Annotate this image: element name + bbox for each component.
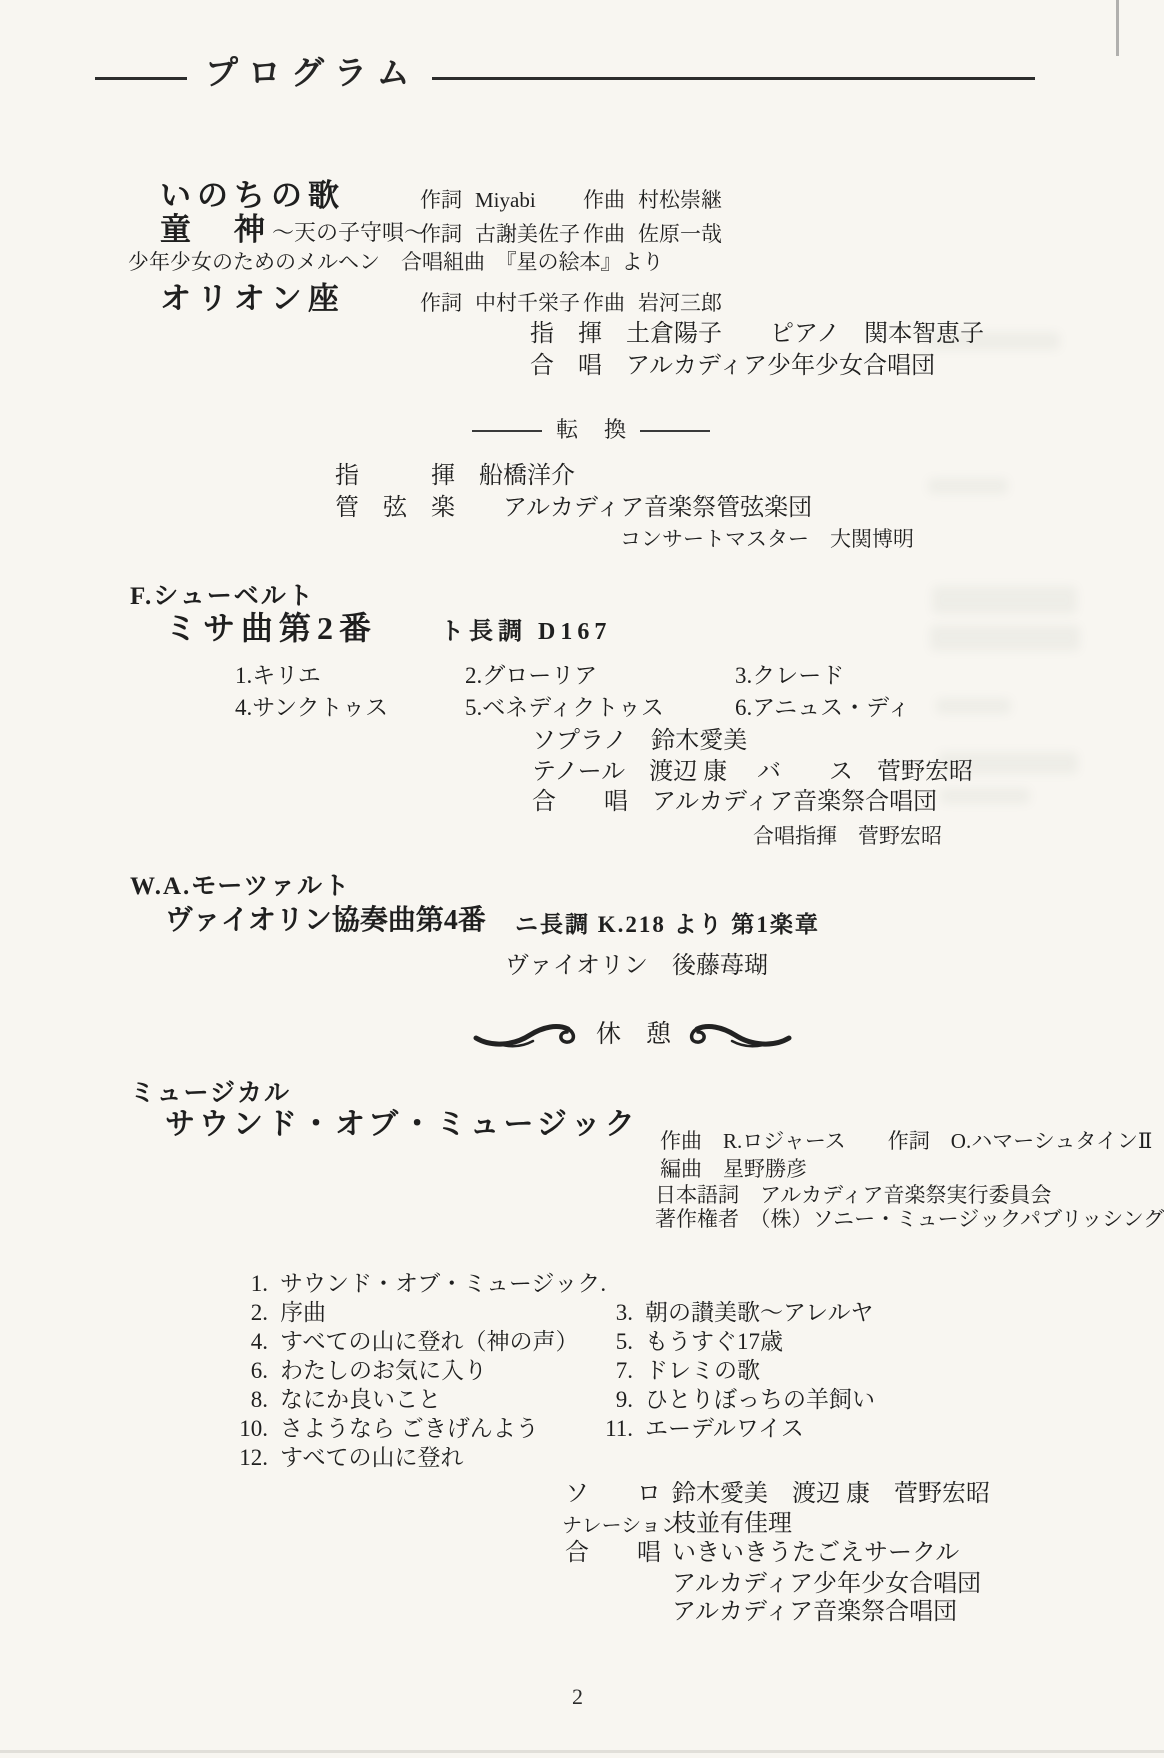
header-dash	[95, 77, 187, 80]
song3-lyricist: 中村千栄子	[475, 293, 580, 314]
schubert-chorus-master: 合唱指揮 菅野宏昭	[753, 826, 942, 847]
number-no: 1.	[222, 1272, 268, 1295]
number-title: もうすぐ17歳	[645, 1330, 783, 1353]
cast-narration: 枝並有佳理	[672, 1512, 792, 1536]
scan-edge-line	[1116, 0, 1119, 56]
number-title: すべての山に登れ（神の声）	[280, 1330, 579, 1353]
number-title: すべての山に登れ	[280, 1446, 464, 1469]
number-no: 8.	[222, 1388, 268, 1411]
suite-note: 少年少女のためのメルヘン 合唱組曲 『星の絵本』より	[128, 252, 664, 273]
movement-5: 5.ベネディクトゥス	[465, 696, 664, 719]
song3-composer-label: 作曲	[583, 293, 625, 314]
musical-genre: ミュージカル	[130, 1081, 291, 1106]
page-number: 2	[572, 1686, 583, 1708]
schubert-tenor: テノール 渡辺 康	[532, 760, 727, 784]
number-no: 12.	[222, 1446, 268, 1469]
number-title: 朝の讃美歌～アレルヤ	[645, 1301, 874, 1324]
cast-narration-label: ナレーション	[562, 1516, 681, 1536]
part1-chorus: 合 唱 アルカディア少年少女合唱団	[530, 354, 935, 378]
song2-lyricist-label: 作詞	[420, 224, 462, 245]
number-no: 9.	[587, 1388, 633, 1411]
song2-subtitle: ～天の子守唄～	[272, 222, 426, 244]
schubert-title: ミサ曲第2番	[165, 612, 377, 644]
song1-composer-label: 作曲	[583, 190, 625, 211]
transition-label: 転 換	[556, 419, 628, 441]
part1-conductor-piano: 指 揮 土倉陽子 ピアノ 関本智恵子	[530, 322, 984, 346]
musical-title: サウンド・オブ・ミュージック	[165, 1110, 639, 1140]
cast-chorus-2: アルカディア少年少女合唱団	[672, 1572, 981, 1596]
movement-4: 4.サンクトゥス	[235, 696, 388, 719]
transition-rule-left	[472, 430, 542, 432]
intermission-label: 休 憩	[596, 1022, 671, 1047]
number-no: 10.	[222, 1417, 268, 1440]
page-title: プログラム	[205, 56, 420, 89]
song2-composer-label: 作曲	[583, 224, 625, 245]
transition-rule-right	[640, 430, 710, 432]
number-no: 3.	[587, 1301, 633, 1324]
song3-lyricist-label: 作詞	[420, 293, 462, 314]
number-title: サウンド・オブ・ミュージック.	[280, 1272, 606, 1295]
musical-credit-4: 著作権者 （株）ソニー・ミュージックパブリッシング	[655, 1209, 1164, 1230]
musical-credit-2: 編曲 星野勝彦	[660, 1159, 807, 1180]
flourish-left-icon	[473, 1018, 581, 1052]
movement-6: 6.アニュス・ディ	[735, 696, 910, 719]
song3-composer: 岩河三郎	[638, 293, 722, 314]
song2-lyricist: 古謝美佐子	[475, 224, 580, 245]
number-no: 2.	[222, 1301, 268, 1324]
scan-artifact	[940, 788, 1030, 804]
scan-artifact	[928, 478, 1008, 494]
song1-lyricist-label: 作詞	[420, 190, 462, 211]
mozart-key: ニ長調 K.218 より 第1楽章	[515, 913, 820, 936]
song1-composer: 村松崇継	[638, 190, 722, 211]
number-no: 4.	[222, 1330, 268, 1353]
movement-1: 1.キリエ	[235, 664, 321, 687]
mozart-soloist: ヴァイオリン 後藤苺瑚	[505, 954, 768, 978]
number-title: ドレミの歌	[645, 1359, 760, 1382]
movement-3: 3.クレード	[735, 664, 844, 687]
schubert-soprano: ソプラノ 鈴木愛美	[532, 729, 747, 753]
schubert-chorus: 合 唱 アルカディア音楽祭合唱団	[532, 790, 937, 814]
musical-credit-1: 作曲 R.ロジャース 作詞 O.ハマーシュタインⅡ	[660, 1131, 1152, 1152]
song2-title: 童 神	[160, 214, 271, 245]
number-title: エーデルワイス	[645, 1417, 804, 1440]
scan-artifact	[936, 698, 1011, 714]
header-rule	[432, 77, 1035, 80]
number-title: さようなら ごきげんよう	[280, 1417, 539, 1440]
schubert-key: ト長調 D167	[440, 620, 611, 644]
cast-chorus-label: 合 唱	[565, 1541, 661, 1565]
number-no: 7.	[587, 1359, 633, 1382]
number-title: 序曲	[280, 1301, 326, 1324]
song3-title: オリオン座	[160, 283, 345, 314]
number-title: ひとりぼっちの羊飼い	[645, 1388, 875, 1411]
song1-lyricist: Miyabi	[475, 190, 536, 211]
musical-credit-3: 日本語詞 アルカディア音楽祭実行委員会	[655, 1185, 1051, 1206]
orchestra-ensemble: 管 弦 楽 アルカディア音楽祭管弦楽団	[335, 496, 812, 520]
number-title: なにか良いこと	[280, 1388, 441, 1411]
scan-artifact	[932, 586, 1077, 614]
number-no: 5.	[587, 1330, 633, 1353]
orchestra-conductor: 指 揮 船橋洋介	[335, 464, 575, 488]
number-no: 11.	[587, 1417, 633, 1440]
mozart-composer: W.A.モーツァルト	[130, 874, 351, 899]
program-page: プログラム いのちの歌 作詞 Miyabi 作曲 村松崇継 童 神 ～天の子守唄…	[0, 0, 1164, 1758]
scan-bottom-edge	[0, 1750, 1164, 1753]
song1-title: いのちの歌	[160, 180, 345, 211]
schubert-bass: バ ス 菅野宏昭	[757, 760, 973, 784]
cast-chorus-3: アルカディア音楽祭合唱団	[672, 1600, 957, 1624]
orchestra-concertmaster: コンサートマスター 大関博明	[620, 529, 914, 550]
cast-chorus-1: いきいきうたごえサークル	[672, 1541, 959, 1565]
mozart-title: ヴァイオリン協奏曲第4番	[165, 907, 486, 935]
number-no: 6.	[222, 1359, 268, 1382]
number-title: わたしのお気に入り	[280, 1359, 487, 1382]
cast-solo-label: ソ ロ	[565, 1482, 661, 1506]
schubert-composer: F.シューベルト	[130, 584, 315, 609]
scan-artifact	[930, 625, 1080, 651]
movement-2: 2.グローリア	[465, 664, 597, 687]
song2-composer: 佐原一哉	[638, 224, 722, 245]
cast-solo: 鈴木愛美 渡辺 康 菅野宏昭	[672, 1482, 990, 1506]
flourish-right-icon	[684, 1018, 792, 1052]
